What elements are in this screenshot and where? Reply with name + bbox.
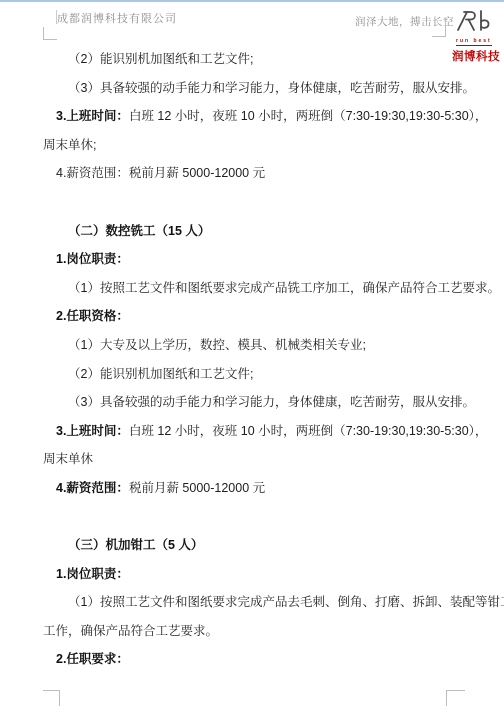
doc-line: 周末单休; xyxy=(43,131,473,160)
doc-line: 3.上班时间：白班 12 小时，夜班 10 小时，两班倒（7:30-19:30,… xyxy=(43,102,473,131)
doc-line: 工作，确保产品符合工艺要求。 xyxy=(43,617,473,646)
doc-line-text: （3）具备较强的动手能力和学习能力，身体健康，吃苦耐劳，服从安排。 xyxy=(68,395,475,409)
doc-line-text: 1.岗位职责： xyxy=(56,567,129,581)
doc-line-label: 3.上班时间： xyxy=(56,109,129,123)
margin-mark-top-right xyxy=(432,18,446,37)
section-heading: （二）数控铣工（15 人） xyxy=(43,217,473,246)
doc-line-text: 白班 12 小时，夜班 10 小时，两班倒（7:30-19:30,19:30-5… xyxy=(129,109,487,123)
doc-line-text: （1）大专及以上学历，数控、模具、机械类相关专业; xyxy=(68,338,366,352)
doc-line-text: 1.岗位职责： xyxy=(56,252,129,266)
doc-line-text: 2.任职资格： xyxy=(56,309,129,323)
doc-line-text: （2）能识别机加图纸和工艺文件; xyxy=(68,367,253,381)
document-body: （2）能识别机加图纸和工艺文件; （3）具备较强的动手能力和学习能力，身体健康，… xyxy=(43,45,473,674)
doc-line: 2.任职资格： xyxy=(43,302,473,331)
window-top-edge xyxy=(0,0,504,2)
doc-line-text: （3）具备较强的动手能力和学习能力，身体健康，吃苦耐劳，服从安排。 xyxy=(68,81,475,95)
margin-mark-bottom-left xyxy=(43,690,60,706)
doc-line-label: 4.薪资范围： xyxy=(56,481,129,495)
doc-line: 4.薪资范围：税前月薪 5000-12000 元 xyxy=(43,159,473,188)
doc-line: （2）能识别机加图纸和工艺文件; xyxy=(43,360,473,389)
doc-line-text: 周末单休; xyxy=(43,138,96,152)
doc-line: （3）具备较强的动手能力和学习能力，身体健康，吃苦耐劳，服从安排。 xyxy=(43,388,473,417)
doc-line: 4.薪资范围：税前月薪 5000-12000 元 xyxy=(43,474,473,503)
word-document-page: { "window": { "top_accent_color": "#a9c9… xyxy=(0,0,504,724)
section-heading-text: （二）数控铣工（15 人） xyxy=(68,224,210,238)
section-heading: （三）机加钳工（5 人） xyxy=(43,531,473,560)
doc-line-text: 工作，确保产品符合工艺要求。 xyxy=(43,624,218,638)
doc-line: 1.岗位职责： xyxy=(43,560,473,589)
doc-line-text: （1）按照工艺文件和图纸要求完成产品铣工序加工，确保产品符合工艺要求。 xyxy=(68,281,500,295)
doc-line: 1.岗位职责： xyxy=(43,245,473,274)
doc-line-label: 3.上班时间： xyxy=(56,424,129,438)
doc-line: 3.上班时间：白班 12 小时，夜班 10 小时，两班倒（7:30-19:30,… xyxy=(43,417,473,446)
doc-line: （1）按照工艺文件和图纸要求完成产品铣工序加工，确保产品符合工艺要求。 xyxy=(43,274,473,303)
doc-line-text: 白班 12 小时，夜班 10 小时，两班倒（7:30-19:30,19:30-5… xyxy=(129,424,487,438)
margin-mark-top-left xyxy=(43,27,57,40)
doc-line: （2）能识别机加图纸和工艺文件; xyxy=(43,45,473,74)
section-heading-text: （三）机加钳工（5 人） xyxy=(68,538,203,552)
doc-line: 2.任职要求： xyxy=(43,645,473,674)
doc-line: （1）大专及以上学历，数控、模具、机械类相关专业; xyxy=(43,331,473,360)
header-company-name: 成都润博科技有限公司 xyxy=(57,10,177,26)
doc-line-text: 税前月薪 5000-12000 元 xyxy=(129,481,265,495)
doc-line: （1）按照工艺文件和图纸要求完成产品去毛刺、倒角、打磨、拆卸、装配等钳工 xyxy=(43,588,473,617)
doc-line-text: （2）能识别机加图纸和工艺文件; xyxy=(68,52,253,66)
doc-line: 周末单休 xyxy=(43,445,473,474)
doc-line-text: 周末单休 xyxy=(43,452,93,466)
margin-mark-bottom-right xyxy=(446,690,465,706)
runbest-logo-icon xyxy=(455,9,502,38)
doc-line-text: （1）按照工艺文件和图纸要求完成产品去毛刺、倒角、打磨、拆卸、装配等钳工 xyxy=(68,595,504,609)
doc-line: （3）具备较强的动手能力和学习能力，身体健康，吃苦耐劳，服从安排。 xyxy=(43,74,473,103)
doc-line-text: 4.薪资范围：税前月薪 5000-12000 元 xyxy=(56,166,265,180)
doc-line-text: 2.任职要求： xyxy=(56,652,129,666)
